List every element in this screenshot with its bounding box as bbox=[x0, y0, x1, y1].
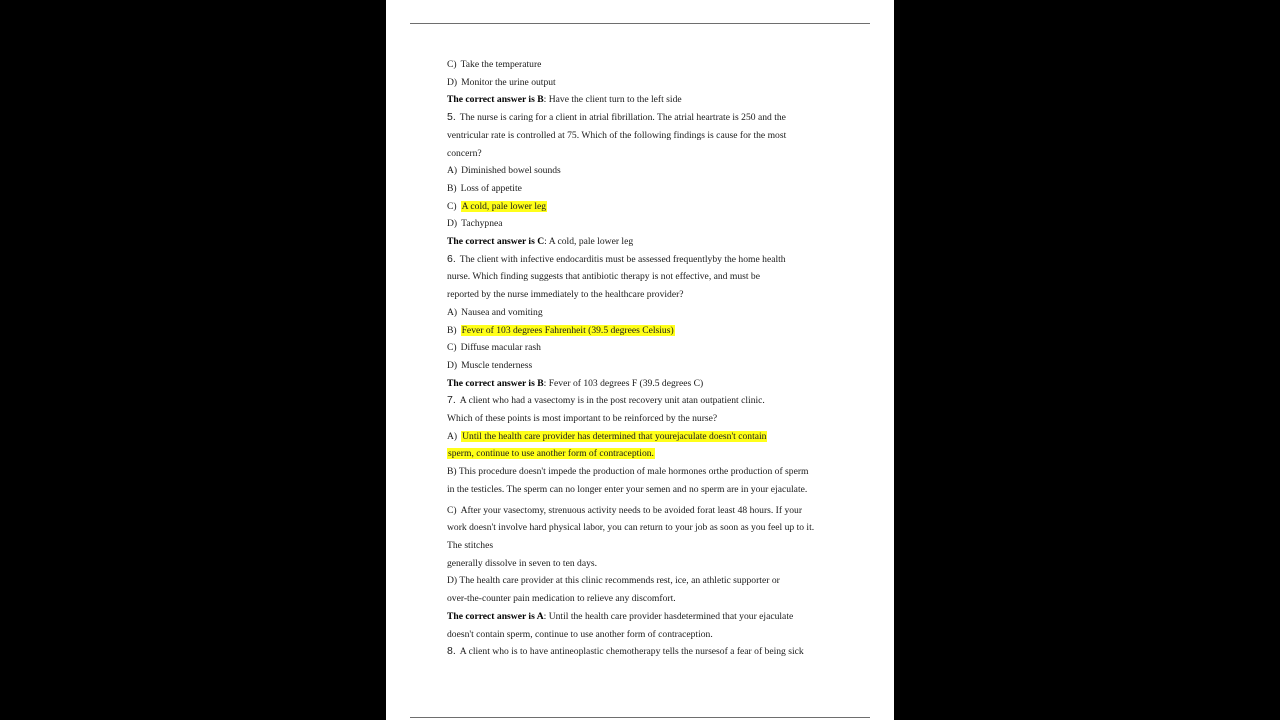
line-text: The nurse is caring for a client in atri… bbox=[460, 112, 786, 123]
line-text: Tachypnea bbox=[461, 218, 502, 229]
line-text: reported by the nurse immediately to the… bbox=[447, 289, 684, 300]
line-text: in the testicles. The sperm can no longe… bbox=[447, 484, 807, 495]
line-text: After your vasectomy, strenuous activity… bbox=[461, 505, 802, 516]
line-text: work doesn't involve hard physical labor… bbox=[447, 522, 814, 533]
option-letter: C) bbox=[447, 342, 457, 353]
line-text: Muscle tenderness bbox=[461, 360, 532, 371]
question-line: 6.The client with infective endocarditis… bbox=[447, 251, 847, 269]
text-line: nurse. Which finding suggests that antib… bbox=[447, 268, 847, 286]
highlighted-text: Until the health care provider has deter… bbox=[461, 431, 767, 442]
line-text: : A cold, pale lower leg bbox=[544, 236, 633, 247]
text-line: B) This procedure doesn't impede the pro… bbox=[447, 463, 847, 481]
option-letter: C) bbox=[447, 505, 457, 516]
text-line: sperm, continue to use another form of c… bbox=[447, 445, 847, 463]
document-content: C)Take the temperatureD)Monitor the urin… bbox=[447, 56, 847, 661]
footer-rule bbox=[410, 717, 870, 718]
answer-option: A)Until the health care provider has det… bbox=[447, 428, 847, 446]
option-letter: B) bbox=[447, 183, 457, 194]
line-text: : Have the client turn to the left side bbox=[544, 94, 682, 105]
line-text: Which of these points is most important … bbox=[447, 413, 717, 424]
line-text: Diminished bowel sounds bbox=[461, 165, 561, 176]
highlighted-text: Fever of 103 degrees Fahrenheit (39.5 de… bbox=[461, 325, 675, 336]
answer-option: C)Diffuse macular rash bbox=[447, 339, 847, 357]
answer-option: D)Muscle tenderness bbox=[447, 357, 847, 375]
question-number: 5. bbox=[447, 111, 456, 123]
text-line: work doesn't involve hard physical labor… bbox=[447, 519, 847, 537]
question-number: 8. bbox=[447, 645, 456, 657]
option-letter: C) bbox=[447, 201, 457, 212]
answer-option: C)Take the temperature bbox=[447, 56, 847, 74]
question-number: 6. bbox=[447, 253, 456, 265]
question-line: 5.The nurse is caring for a client in at… bbox=[447, 109, 847, 127]
correct-answer-label: The correct answer is A bbox=[447, 611, 544, 622]
answer-option: B)Loss of appetite bbox=[447, 180, 847, 198]
text-line: concern? bbox=[447, 145, 847, 163]
highlighted-text: sperm, continue to use another form of c… bbox=[447, 448, 655, 459]
correct-answer-line: The correct answer is B: Fever of 103 de… bbox=[447, 375, 847, 393]
correct-answer-line: The correct answer is C: A cold, pale lo… bbox=[447, 233, 847, 251]
answer-option: B)Fever of 103 degrees Fahrenheit (39.5 … bbox=[447, 322, 847, 340]
option-letter: A) bbox=[447, 165, 457, 176]
question-number: 7. bbox=[447, 394, 456, 406]
text-line: reported by the nurse immediately to the… bbox=[447, 286, 847, 304]
text-line: Which of these points is most important … bbox=[447, 410, 847, 428]
answer-option: C)A cold, pale lower leg bbox=[447, 198, 847, 216]
document-page: C)Take the temperatureD)Monitor the urin… bbox=[386, 0, 894, 720]
correct-answer-label: The correct answer is C bbox=[447, 236, 544, 247]
line-text: Loss of appetite bbox=[461, 183, 522, 194]
line-text: Diffuse macular rash bbox=[461, 342, 541, 353]
line-text: generally dissolve in seven to ten days. bbox=[447, 558, 597, 569]
correct-answer-line: The correct answer is A: Until the healt… bbox=[447, 608, 847, 626]
correct-answer-line: The correct answer is B: Have the client… bbox=[447, 91, 847, 109]
text-line: over-the-counter pain medication to reli… bbox=[447, 590, 847, 608]
question-line: 8.A client who is to have antineoplastic… bbox=[447, 643, 847, 661]
line-text: A client who had a vasectomy is in the p… bbox=[460, 395, 765, 406]
option-letter: C) bbox=[447, 59, 457, 70]
correct-answer-label: The correct answer is B bbox=[447, 378, 544, 389]
correct-answer-label: The correct answer is B bbox=[447, 94, 544, 105]
line-text: : Until the health care provider hasdete… bbox=[544, 611, 794, 622]
text-line: in the testicles. The sperm can no longe… bbox=[447, 481, 847, 499]
line-text: Monitor the urine output bbox=[461, 77, 556, 88]
line-text: concern? bbox=[447, 148, 482, 159]
line-text: Take the temperature bbox=[461, 59, 542, 70]
answer-option: D)Tachypnea bbox=[447, 215, 847, 233]
text-line: The stitches bbox=[447, 537, 847, 555]
header-rule bbox=[410, 23, 870, 24]
text-line: doesn't contain sperm, continue to use a… bbox=[447, 626, 847, 644]
line-text: Nausea and vomiting bbox=[461, 307, 543, 318]
line-text: The client with infective endocarditis m… bbox=[460, 254, 786, 265]
answer-option: A)Nausea and vomiting bbox=[447, 304, 847, 322]
line-text: nurse. Which finding suggests that antib… bbox=[447, 271, 760, 282]
line-text: over-the-counter pain medication to reli… bbox=[447, 593, 676, 604]
line-text: doesn't contain sperm, continue to use a… bbox=[447, 629, 713, 640]
option-letter: A) bbox=[447, 431, 457, 442]
option-letter: D) bbox=[447, 360, 457, 371]
line-text: D) The health care provider at this clin… bbox=[447, 575, 780, 586]
answer-option: A)Diminished bowel sounds bbox=[447, 162, 847, 180]
text-line: D) The health care provider at this clin… bbox=[447, 572, 847, 590]
option-letter: B) bbox=[447, 325, 457, 336]
text-line: ventricular rate is controlled at 75. Wh… bbox=[447, 127, 847, 145]
answer-option: C)After your vasectomy, strenuous activi… bbox=[447, 502, 847, 520]
line-text: The stitches bbox=[447, 540, 493, 551]
answer-option: D)Monitor the urine output bbox=[447, 74, 847, 92]
option-letter: D) bbox=[447, 218, 457, 229]
line-text: A client who is to have antineoplastic c… bbox=[460, 646, 804, 657]
question-line: 7.A client who had a vasectomy is in the… bbox=[447, 392, 847, 410]
line-text: B) This procedure doesn't impede the pro… bbox=[447, 466, 809, 477]
option-letter: A) bbox=[447, 307, 457, 318]
text-line: generally dissolve in seven to ten days. bbox=[447, 555, 847, 573]
line-text: : Fever of 103 degrees F (39.5 degrees C… bbox=[544, 378, 704, 389]
highlighted-text: A cold, pale lower leg bbox=[461, 201, 547, 212]
line-text: ventricular rate is controlled at 75. Wh… bbox=[447, 130, 786, 141]
option-letter: D) bbox=[447, 77, 457, 88]
